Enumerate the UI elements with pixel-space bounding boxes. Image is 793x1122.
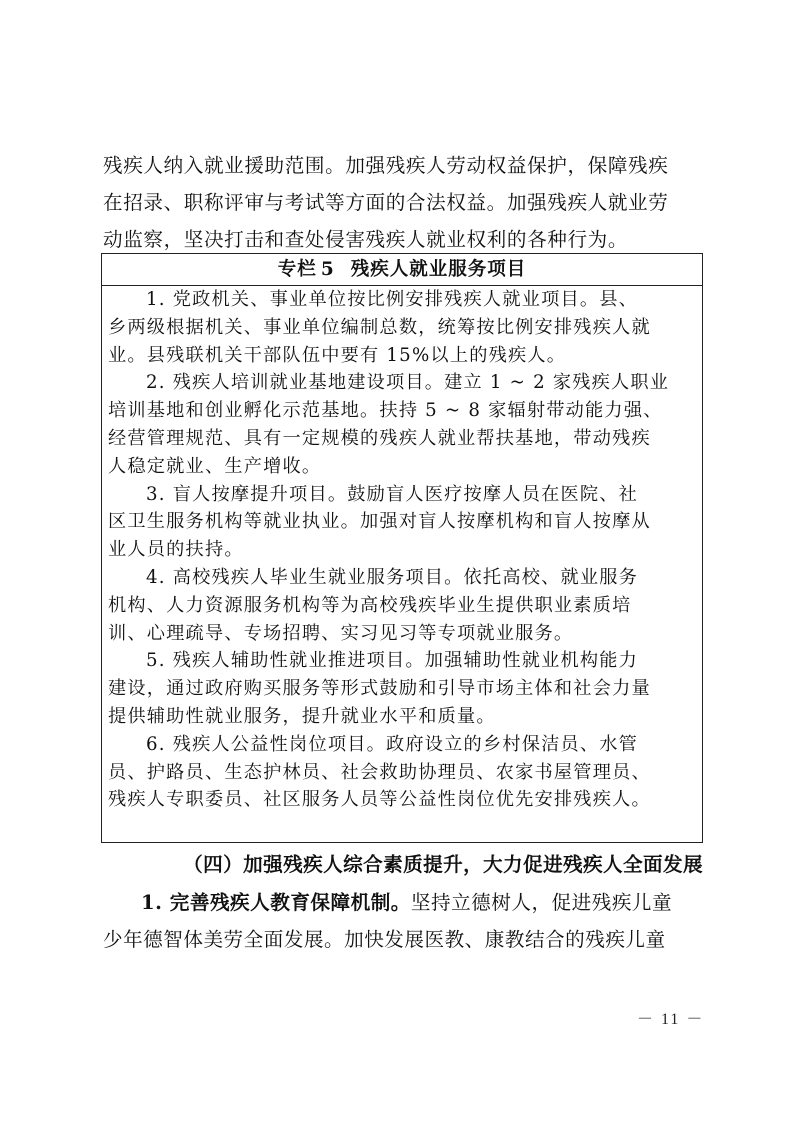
text-line: 乡两级根据机关、事业单位编制总数，统筹按比例安排残疾人就	[108, 314, 696, 342]
box-title: 专栏5残疾人就业服务项目	[102, 254, 702, 286]
text-line: 建设，通过政府购买服务等形式鼓励和引导市场主体和社会力量	[108, 675, 696, 703]
text-line: 训、心理疏导、专场招聘、实习见习等专项就业服务。	[108, 620, 696, 648]
text-line: 业人员的扶持。	[108, 536, 696, 564]
feature-box: 专栏5残疾人就业服务项目 1. 党政机关、事业单位按比例安排残疾人就业项目。县、…	[101, 253, 703, 843]
intro-paragraph: 残疾人纳入就业援助范围。加强残疾人劳动权益保护，保障残疾 在招录、职称评审与考试…	[103, 147, 703, 258]
subsection-paragraph: 1. 完善残疾人教育保障机制。坚持立德树人，促进残疾儿童 少年德智体美劳全面发展…	[103, 884, 703, 958]
subsection-text: 坚持立德树人，促进残疾儿童	[411, 891, 672, 914]
box-item-5: 5. 残疾人辅助性就业推进项目。加强辅助性就业机构能力 建设，通过政府购买服务等…	[108, 647, 696, 730]
text-line: 提供辅助性就业服务，提升就业水平和质量。	[108, 703, 696, 731]
box-item-6: 6. 残疾人公益性岗位项目。政府设立的乡村保洁员、水管 员、护路员、生态护林员、…	[108, 731, 696, 814]
text-line: 机构、人力资源服务机构等为高校残疾毕业生提供职业素质培	[108, 592, 696, 620]
box-item-1: 1. 党政机关、事业单位按比例安排残疾人就业项目。县、 乡两级根据机关、事业单位…	[108, 286, 696, 369]
text-line: 经营管理规范、具有一定规模的残疾人就业帮扶基地，带动残疾	[108, 425, 696, 453]
text-line: 人稳定就业、生产增收。	[108, 453, 696, 481]
text-line: 6. 残疾人公益性岗位项目。政府设立的乡村保洁员、水管	[108, 731, 696, 759]
text-line: 1. 党政机关、事业单位按比例安排残疾人就业项目。县、	[108, 286, 696, 314]
text-line: 残疾人纳入就业援助范围。加强残疾人劳动权益保护，保障残疾	[103, 147, 703, 184]
text-line: 少年德智体美劳全面发展。加快发展医教、康教结合的残疾儿童	[103, 921, 703, 958]
text-line: 1. 完善残疾人教育保障机制。坚持立德树人，促进残疾儿童	[103, 884, 703, 921]
text-line: 3. 盲人按摩提升项目。鼓励盲人医疗按摩人员在医院、社	[108, 481, 696, 509]
box-body: 1. 党政机关、事业单位按比例安排残疾人就业项目。县、 乡两级根据机关、事业单位…	[102, 286, 702, 814]
page-number: － 11 －	[637, 1006, 704, 1029]
text-line: 残疾人专职委员、社区服务人员等公益性岗位优先安排残疾人。	[108, 786, 696, 814]
box-item-3: 3. 盲人按摩提升项目。鼓励盲人医疗按摩人员在医院、社 区卫生服务机构等就业执业…	[108, 481, 696, 564]
box-item-4: 4. 高校残疾人毕业生就业服务项目。依托高校、就业服务 机构、人力资源服务机构等…	[108, 564, 696, 647]
box-title-text: 残疾人就业服务项目	[351, 259, 527, 280]
document-page: 残疾人纳入就业援助范围。加强残疾人劳动权益保护，保障残疾 在招录、职称评审与考试…	[0, 0, 793, 1122]
box-label: 专栏	[278, 259, 317, 280]
section-heading: （四）加强残疾人综合素质提升，大力促进残疾人全面发展	[103, 848, 703, 882]
text-line: 培训基地和创业孵化示范基地。扶持 5 ~ 8 家辐射带动能力强、	[108, 397, 696, 425]
text-line: 5. 残疾人辅助性就业推进项目。加强辅助性就业机构能力	[108, 647, 696, 675]
text-line: 2. 残疾人培训就业基地建设项目。建立 1 ~ 2 家残疾人职业	[108, 369, 696, 397]
box-number: 5	[321, 259, 335, 280]
box-item-2: 2. 残疾人培训就业基地建设项目。建立 1 ~ 2 家残疾人职业 培训基地和创业…	[108, 369, 696, 480]
text-line: 区卫生服务机构等就业执业。加强对盲人按摩机构和盲人按摩从	[108, 508, 696, 536]
text-line: 在招录、职称评审与考试等方面的合法权益。加强残疾人就业劳	[103, 184, 703, 221]
text-line: 员、护路员、生态护林员、社会救助协理员、农家书屋管理员、	[108, 759, 696, 787]
subsection-title: 1. 完善残疾人教育保障机制。	[141, 891, 411, 914]
text-line: 4. 高校残疾人毕业生就业服务项目。依托高校、就业服务	[108, 564, 696, 592]
text-line: 业。县残联机关干部队伍中要有 15%以上的残疾人。	[108, 342, 696, 370]
